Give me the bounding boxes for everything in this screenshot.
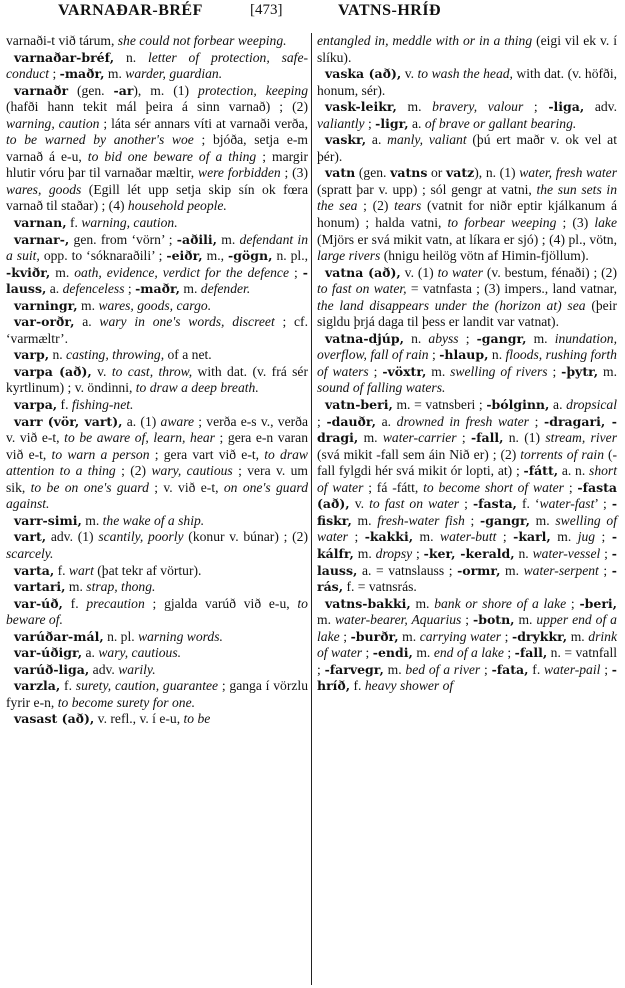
dictionary-entry-varp: varp, n. casting, throwing, of a net.	[6, 347, 308, 364]
dictionary-entry-vasast: vasast (að), v. refl., v. í e-u, to be	[6, 711, 308, 728]
entry-continuation: entangled in, meddle with or in a thing …	[317, 33, 617, 66]
dictionary-entry-varnadr: varnaðr (gen. -ar), m. (1) protection, k…	[6, 83, 308, 215]
dictionary-entry-var-udigr: var-úðigr, a. wary, cautious.	[6, 645, 308, 662]
dictionary-entry-vatna: vatna (að), v. (1) to water (v. bestum, …	[317, 265, 617, 331]
dictionary-entry-varpa-v: varpa (að), v. to cast, throw, with dat.…	[6, 364, 308, 397]
dictionary-entry-varningr: varningr, m. wares, goods, cargo.	[6, 298, 308, 315]
dictionary-entry-varnan: varnan, f. warning, caution.	[6, 215, 308, 232]
dictionary-entry-varzla: varzla, f. surety, caution, guarantee ; …	[6, 678, 308, 711]
dictionary-entry-varr: varr (vör, vart), a. (1) aware ; verða e…	[6, 414, 308, 513]
dictionary-entry-varpa-f: varpa, f. fishing-net.	[6, 397, 308, 414]
left-guide-word: VARNAÐAR-BRÉF	[58, 2, 203, 20]
page-header: VARNAÐAR-BRÉF [473] VATNS-HRÍÐ	[0, 0, 625, 22]
dictionary-entry-vatna-djup: vatna-djúp, n. abyss ; -gangr, m. inunda…	[317, 331, 617, 397]
dictionary-entry-varudar-mal: varúðar-mál, n. pl. warning words.	[6, 629, 308, 646]
right-guide-word: VATNS-HRÍÐ	[338, 2, 441, 20]
dictionary-entry-vatns-bakki: vatns-bakki, m. bank or shore of a lake …	[317, 596, 617, 695]
dictionary-entry-var-ordr: var-orðr, a. wary in one's words, discre…	[6, 314, 308, 347]
dictionary-entry-vart: vart, adv. (1) scantily, poorly (konur v…	[6, 529, 308, 562]
dictionary-entry-var-ud: var-úð, f. precaution ; gjalda varúð við…	[6, 596, 308, 629]
dictionary-entry-vaska: vaska (að), v. to wash the head, with da…	[317, 66, 617, 99]
right-column: entangled in, meddle with or in a thing …	[317, 33, 617, 695]
dictionary-entry-varta: varta, f. wart (þat tekr af vörtur).	[6, 563, 308, 580]
left-column: varnaði-t við tárum, she could not forbe…	[6, 33, 308, 728]
dictionary-entry-varnadar-bref: varnaðar-bréf, n. letter of protection, …	[6, 50, 308, 83]
column-divider	[311, 33, 312, 985]
dictionary-entry-vartari: vartari, m. strap, thong.	[6, 579, 308, 596]
dictionary-entry-varr-simi: varr-simi, m. the wake of a ship.	[6, 513, 308, 530]
dictionary-entry-vask-leikr: vask-leikr, m. bravery, valour ; -liga, …	[317, 99, 617, 132]
dictionary-entry-varnar: varnar-, gen. from ‘vörn’ ; -aðili, m. d…	[6, 232, 308, 298]
dictionary-entry-vaskr: vaskr, a. manly, valiant (þú ert maðr v.…	[317, 132, 617, 165]
page-number: [473]	[250, 2, 283, 19]
dictionary-entry-varud-liga: varúð-liga, adv. warily.	[6, 662, 308, 679]
dictionary-entry-vatn: vatn (gen. vatns or vatz), n. (1) water,…	[317, 165, 617, 264]
entry-continuation: varnaði-t við tárum, she could not forbe…	[6, 33, 308, 50]
dictionary-entry-vatn-beri: vatn-beri, m. = vatnsberi ; -bólginn, a.…	[317, 397, 617, 596]
